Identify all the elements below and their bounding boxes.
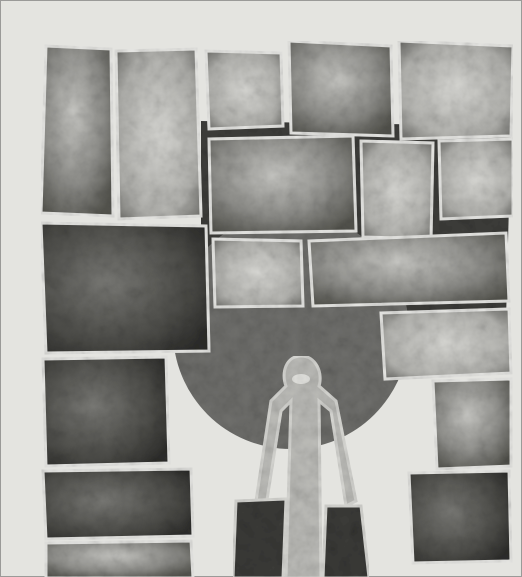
artwork-drawing [1,1,522,577]
artwork-photo [0,0,522,577]
